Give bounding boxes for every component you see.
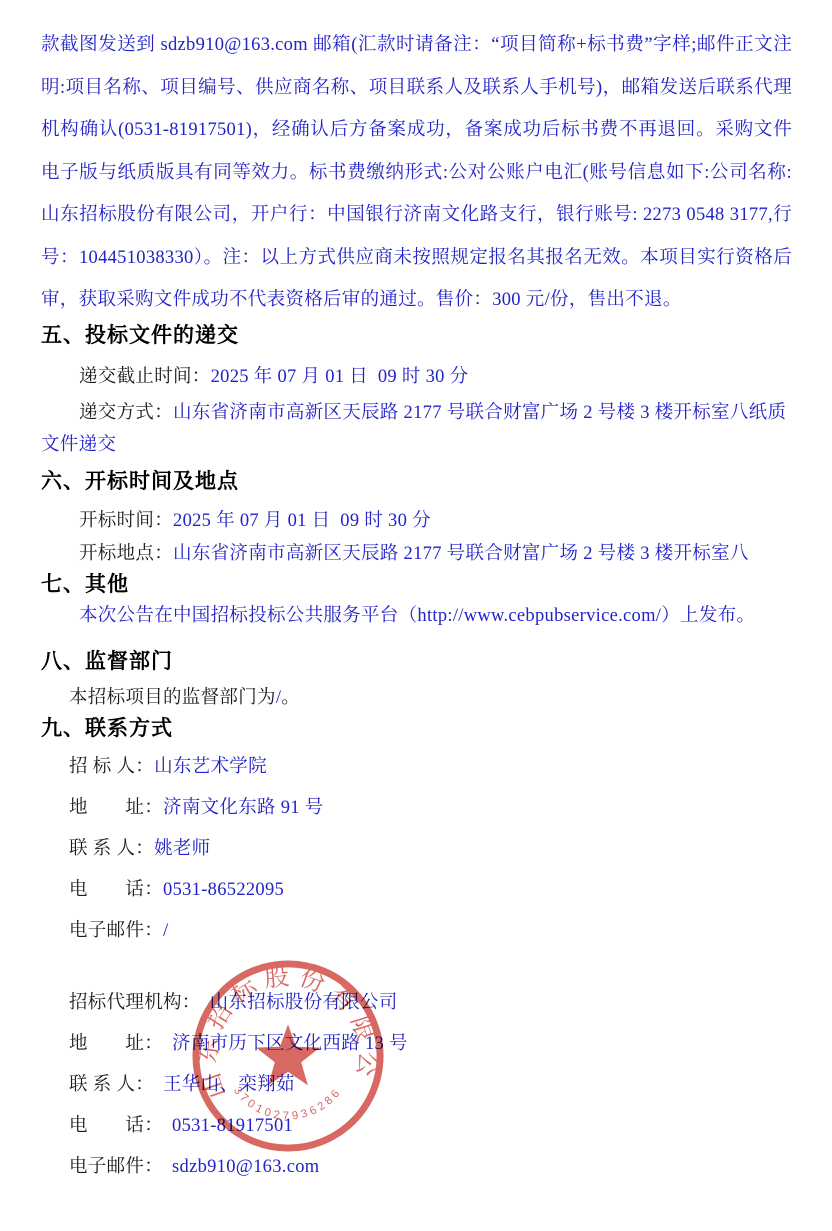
tenderer-contact-value: 姚老师 bbox=[154, 839, 210, 859]
agency-address-label: 地 址： bbox=[69, 1034, 163, 1054]
tenderer-address-value: 济南文化东路 91 号 bbox=[163, 798, 324, 818]
agency-phone-value: 0531-81917501 bbox=[172, 1116, 293, 1136]
submission-deadline-row: 递交截止时间：2025 年 07 月 01 日 09 时 30 分 bbox=[41, 365, 792, 389]
supervision-row: 本招标项目的监督部门为/。 bbox=[41, 686, 792, 710]
section9-heading: 九、联系方式 bbox=[41, 715, 792, 743]
intro-line: 款截图发送到 sdzb910@163.com 邮箱(汇款时请备注：“项目简称+标… bbox=[41, 24, 792, 67]
agency-name-label: 招标代理机构： bbox=[69, 993, 201, 1013]
opening-time-value: 2025 年 07 月 01 日 09 时 30 分 bbox=[173, 511, 431, 531]
agency-email-label: 电子邮件： bbox=[69, 1157, 163, 1177]
agency-contact-block: 招标代理机构：山东招标股份有限公司 地 址：济南市历下区文化西路 13 号 联 … bbox=[41, 991, 792, 1179]
opening-time-row: 开标时间：2025 年 07 月 01 日 09 时 30 分 bbox=[41, 509, 792, 533]
intro-line: 审，获取采购文件成功不代表资格后审的通过。售价：300 元/份，售出不退。 bbox=[41, 279, 792, 322]
intro-line: 号：104451038330）。注：以上方式供应商未按照规定报名其报名无效。本项… bbox=[41, 237, 792, 280]
tenderer-phone-value: 0531-86522095 bbox=[163, 880, 284, 900]
submission-method-row: 递交方式：山东省济南市高新区天辰路 2177 号联合财富广场 2 号楼 3 楼开… bbox=[41, 397, 792, 462]
section5-heading: 五、投标文件的递交 bbox=[41, 322, 792, 350]
tenderer-phone-label: 电 话： bbox=[69, 880, 163, 900]
intro-line: 山东招标股份有限公司，开户行：中国银行济南文化路支行，银行账号: 2273 05… bbox=[41, 194, 792, 237]
opening-place-row: 开标地点：山东省济南市高新区天辰路 2177 号联合财富广场 2 号楼 3 楼开… bbox=[41, 542, 792, 566]
agency-contact-value: 王华山、栾翔茹 bbox=[163, 1075, 295, 1095]
tenderer-email-row: 电子邮件：/ bbox=[41, 919, 792, 943]
agency-contact-label: 联 系 人： bbox=[69, 1075, 154, 1095]
opening-place-label: 开标地点： bbox=[79, 544, 173, 564]
intro-line: 电子版与纸质版具有同等效力。标书费缴纳形式:公对公账户电汇(账号信息如下:公司名… bbox=[41, 152, 792, 195]
submission-deadline-value: 2025 年 07 月 01 日 09 时 30 分 bbox=[211, 367, 469, 387]
submission-deadline-label: 递交截止时间： bbox=[79, 367, 211, 387]
tenderer-name-label: 招 标 人： bbox=[69, 757, 154, 777]
section7-heading: 七、其他 bbox=[41, 571, 792, 599]
tenderer-contact-block: 招 标 人：山东艺术学院 地 址：济南文化东路 91 号 联 系 人：姚老师 电… bbox=[41, 755, 792, 943]
tenderer-email-label: 电子邮件： bbox=[69, 921, 163, 941]
agency-email-row: 电子邮件：sdzb910@163.com bbox=[41, 1155, 792, 1179]
tenderer-name-value: 山东艺术学院 bbox=[154, 757, 267, 777]
opening-place-value: 山东省济南市高新区天辰路 2177 号联合财富广场 2 号楼 3 楼开标室八 bbox=[173, 544, 749, 564]
document-page: 款截图发送到 sdzb910@163.com 邮箱(汇款时请备注：“项目简称+标… bbox=[0, 0, 832, 1231]
tenderer-contact-label: 联 系 人： bbox=[69, 839, 154, 859]
supervision-period: 。 bbox=[281, 688, 300, 708]
intro-line: 明:项目名称、项目编号、供应商名称、项目联系人及联系人手机号)，邮箱发送后联系代… bbox=[41, 67, 792, 110]
supervision-text: 本招标项目的监督部门为 bbox=[69, 688, 276, 708]
submission-method-label: 递交方式： bbox=[79, 403, 173, 423]
agency-phone-row: 电 话：0531-81917501 bbox=[41, 1114, 792, 1138]
tenderer-address-label: 地 址： bbox=[69, 798, 163, 818]
tenderer-email-value: / bbox=[163, 921, 168, 941]
tenderer-address-row: 地 址：济南文化东路 91 号 bbox=[41, 796, 792, 820]
agency-email-value: sdzb910@163.com bbox=[172, 1157, 319, 1177]
intro-line: 机构确认(0531-81917501)，经确认后方备案成功，备案成功后标书费不再… bbox=[41, 109, 792, 152]
agency-address-row: 地 址：济南市历下区文化西路 13 号 bbox=[41, 1032, 792, 1056]
opening-time-label: 开标时间： bbox=[79, 511, 173, 531]
agency-contact-row: 联 系 人：王华山、栾翔茹 bbox=[41, 1073, 792, 1097]
intro-paragraph: 款截图发送到 sdzb910@163.com 邮箱(汇款时请备注：“项目简称+标… bbox=[41, 24, 792, 322]
agency-phone-label: 电 话： bbox=[69, 1116, 163, 1136]
agency-name-value: 山东招标股份有限公司 bbox=[210, 993, 398, 1013]
tenderer-name-row: 招 标 人：山东艺术学院 bbox=[41, 755, 792, 779]
tenderer-contact-row: 联 系 人：姚老师 bbox=[41, 837, 792, 861]
section6-heading: 六、开标时间及地点 bbox=[41, 468, 792, 496]
tenderer-phone-row: 电 话：0531-86522095 bbox=[41, 878, 792, 902]
section8-heading: 八、监督部门 bbox=[41, 648, 792, 676]
agency-name-row: 招标代理机构：山东招标股份有限公司 bbox=[41, 991, 792, 1015]
publication-notice: 本次公告在中国招标投标公共服务平台（http://www.cebpubservi… bbox=[41, 604, 792, 628]
agency-address-value: 济南市历下区文化西路 13 号 bbox=[172, 1034, 408, 1054]
